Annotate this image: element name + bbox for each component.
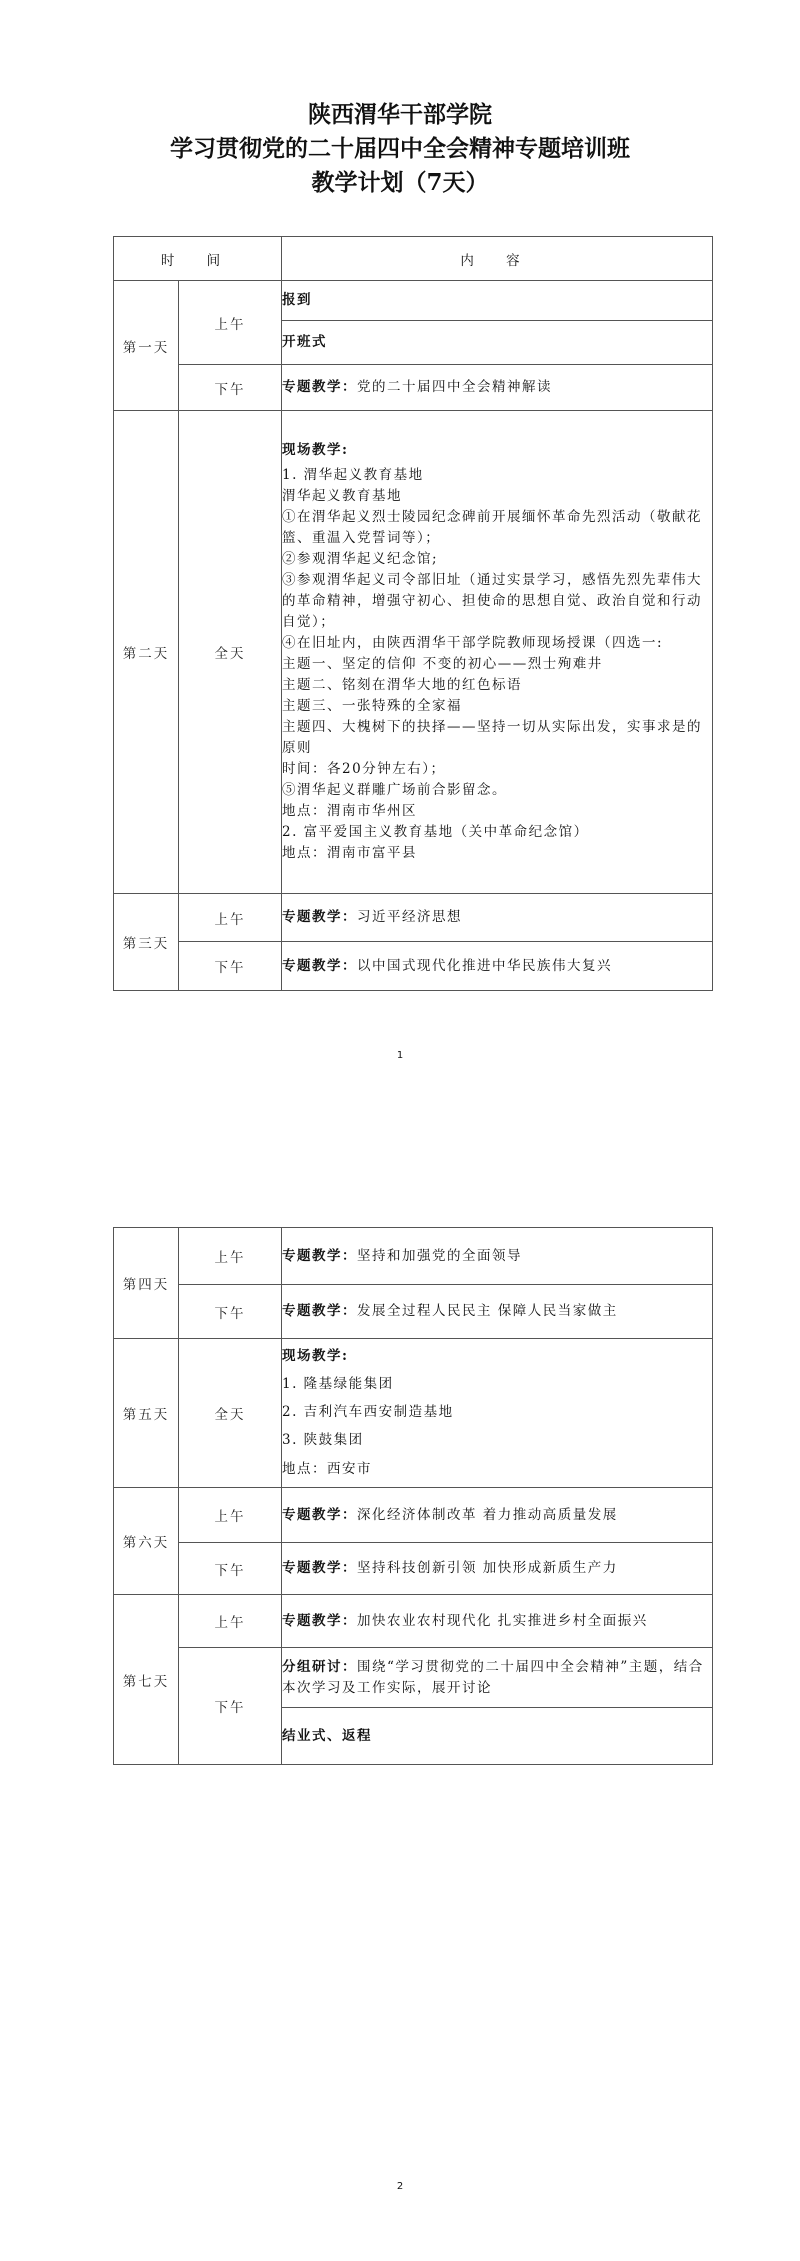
table-row: 下午 专题教学：党的二十届四中全会精神解读 xyxy=(114,365,713,411)
period-label: 上午 xyxy=(179,1595,282,1648)
table-row: 第四天 上午 专题教学：坚持和加强党的全面领导 xyxy=(114,1228,713,1285)
table-row: 下午 专题教学：发展全过程人民民主 保障人民当家做主 xyxy=(114,1285,713,1339)
table-row: 下午 分组研讨：围绕“学习贯彻党的二十届四中全会精神”主题，结合本次学习及工作实… xyxy=(114,1648,713,1708)
table-row: 第六天 上午 专题教学：深化经济体制改革 着力推动高质量发展 xyxy=(114,1488,713,1543)
table-row: 第一天 上午 报到 xyxy=(114,281,713,321)
content-cell: 分组研讨：围绕“学习贯彻党的二十届四中全会精神”主题，结合本次学习及工作实际，展… xyxy=(282,1648,713,1708)
period-label: 下午 xyxy=(179,1285,282,1339)
content-cell: 专题教学：以中国式现代化推进中华民族伟大复兴 xyxy=(282,942,713,991)
day-label: 第一天 xyxy=(114,281,179,411)
day-label: 第四天 xyxy=(114,1228,179,1339)
content-heading: 现场教学: xyxy=(282,440,712,461)
header-content: 内 容 xyxy=(282,237,713,281)
content-cell: 专题教学：坚持和加强党的全面领导 xyxy=(282,1228,713,1285)
page-number: 1 xyxy=(0,1050,800,1061)
content-cell: 专题教学：习近平经济思想 xyxy=(282,894,713,942)
content-cell: 专题教学：坚持科技创新引领 加快形成新质生产力 xyxy=(282,1543,713,1595)
period-label: 上午 xyxy=(179,1228,282,1285)
period-label: 上午 xyxy=(179,1488,282,1543)
content-cell: 现场教学: 1. 隆基绿能集团 2. 吉利汽车西安制造基地 3. 陕鼓集团 地点… xyxy=(282,1339,713,1488)
content-cell: 专题教学：深化经济体制改革 着力推动高质量发展 xyxy=(282,1488,713,1543)
content-cell: 专题教学：加快农业农村现代化 扎实推进乡村全面振兴 xyxy=(282,1595,713,1648)
content-heading: 现场教学: xyxy=(282,1342,712,1370)
page-number: 2 xyxy=(0,2181,800,2192)
period-label: 下午 xyxy=(179,1543,282,1595)
content-cell: 专题教学：党的二十届四中全会精神解读 xyxy=(282,365,713,411)
schedule-table-page1: 时 间 内 容 第一天 上午 报到 开班式 下午 专题教学：党的二十届四中全会精… xyxy=(113,236,713,991)
period-label: 下午 xyxy=(179,942,282,991)
title-institution: 陕西渭华干部学院 xyxy=(0,98,800,132)
period-label: 全天 xyxy=(179,411,282,894)
table-row: 第五天 全天 现场教学: 1. 隆基绿能集团 2. 吉利汽车西安制造基地 3. … xyxy=(114,1339,713,1488)
table-row: 第七天 上午 专题教学：加快农业农村现代化 扎实推进乡村全面振兴 xyxy=(114,1595,713,1648)
day-label: 第五天 xyxy=(114,1339,179,1488)
table-row: 第三天 上午 专题教学：习近平经济思想 xyxy=(114,894,713,942)
day-label: 第七天 xyxy=(114,1595,179,1765)
content-cell: 现场教学: 1. 渭华起义教育基地 渭华起义教育基地 ①在渭华起义烈士陵园纪念碑… xyxy=(282,411,713,894)
day-label: 第三天 xyxy=(114,894,179,991)
day-label: 第二天 xyxy=(114,411,179,894)
schedule-table-page2: 第四天 上午 专题教学：坚持和加强党的全面领导 下午 专题教学：发展全过程人民民… xyxy=(113,1227,713,1765)
title-plan: 教学计划（7天） xyxy=(0,166,800,200)
day-label: 第六天 xyxy=(114,1488,179,1595)
content-cell: 结业式、返程 xyxy=(282,1708,713,1765)
title-program: 学习贯彻党的二十届四中全会精神专题培训班 xyxy=(0,132,800,166)
header-time: 时 间 xyxy=(114,237,282,281)
content-cell: 报到 xyxy=(282,281,713,321)
period-label: 下午 xyxy=(179,365,282,411)
table-row: 下午 专题教学：以中国式现代化推进中华民族伟大复兴 xyxy=(114,942,713,991)
period-label: 上午 xyxy=(179,281,282,365)
table-header-row: 时 间 内 容 xyxy=(114,237,713,281)
table-row: 下午 专题教学：坚持科技创新引领 加快形成新质生产力 xyxy=(114,1543,713,1595)
content-cell: 专题教学：发展全过程人民民主 保障人民当家做主 xyxy=(282,1285,713,1339)
period-label: 上午 xyxy=(179,894,282,942)
document-title: 陕西渭华干部学院 学习贯彻党的二十届四中全会精神专题培训班 教学计划（7天） xyxy=(0,98,800,200)
period-label: 下午 xyxy=(179,1648,282,1765)
table-row: 第二天 全天 现场教学: 1. 渭华起义教育基地 渭华起义教育基地 ①在渭华起义… xyxy=(114,411,713,894)
period-label: 全天 xyxy=(179,1339,282,1488)
content-cell: 开班式 xyxy=(282,321,713,365)
